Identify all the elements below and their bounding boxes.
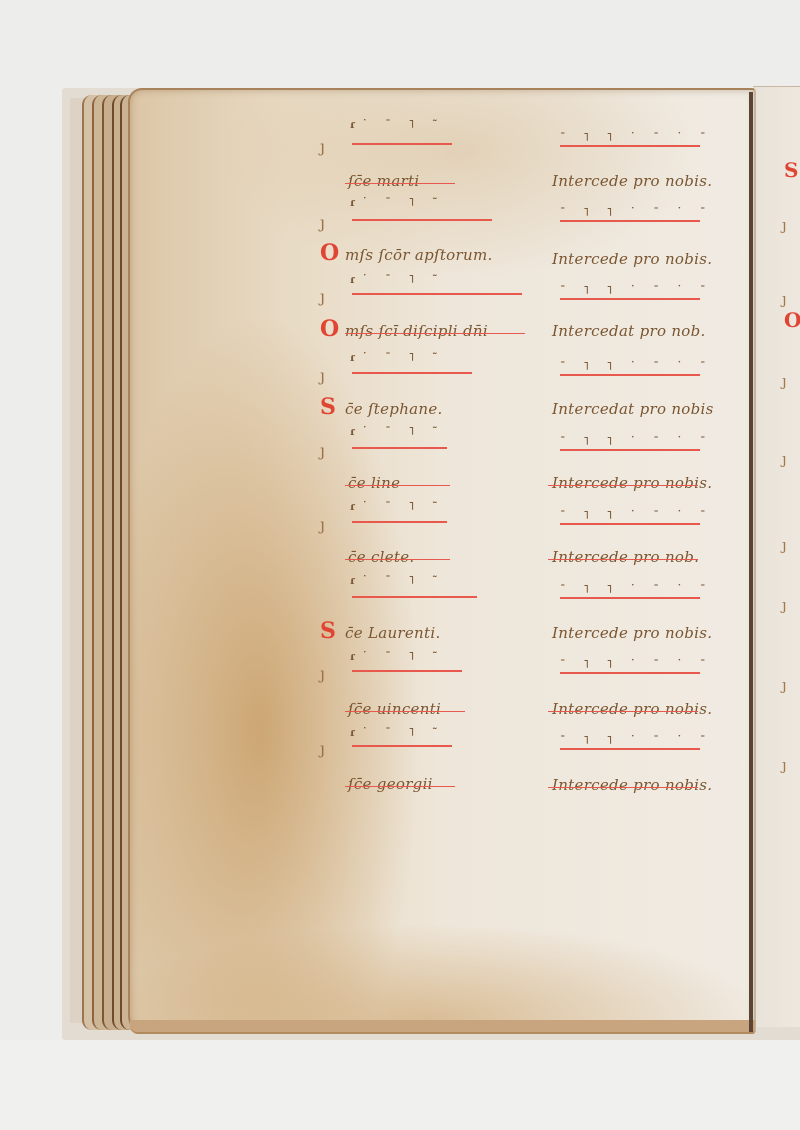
strike-line [345, 183, 455, 184]
response-text: Intercede pro nobis. [552, 776, 712, 794]
neume-notation: ɾ˙ ˉ ˥ ˜ [350, 196, 444, 209]
staff-line [352, 596, 477, 598]
response-text: Intercede pro nobis. [552, 624, 712, 642]
section-marker: ȷ [320, 137, 325, 156]
neume-notation: ˉ ˥ ˥ ˙ ˉ ˙ ˉ [560, 206, 712, 219]
section-marker: ȷ [320, 441, 325, 460]
saint-name: mſs ſcōr apſtorum. [345, 246, 493, 264]
staff-line [352, 447, 447, 449]
rubric-initial: S [320, 618, 336, 644]
saint-name: ſc̄e marti [348, 172, 419, 190]
staff-line [560, 298, 700, 300]
saint-name: mſs ſcī diſcipli dn̄i [345, 322, 488, 340]
staff-line [560, 748, 700, 750]
response-text: Intercede pro nobis. [552, 172, 712, 190]
staff-line [352, 745, 452, 747]
strike-line [548, 787, 698, 788]
strike-line [548, 559, 698, 560]
neume-notation: ˉ ˥ ˥ ˙ ˉ ˙ ˉ [560, 131, 712, 144]
right-page-marker: ȷ [782, 450, 787, 468]
neume-notation: ˉ ˥ ˥ ˙ ˉ ˙ ˉ [560, 658, 712, 671]
neume-notation: ˉ ˥ ˥ ˙ ˉ ˙ ˉ [560, 583, 712, 596]
staff-line [560, 523, 700, 525]
response-text: Intercede pro nobis. [552, 474, 712, 492]
staff-line [352, 143, 452, 145]
response-text: Intercedat pro nob. [552, 322, 706, 340]
section-marker: ȷ [320, 287, 325, 306]
staff-line [560, 597, 700, 599]
saint-name: c̄e line [348, 474, 400, 492]
staff-line [352, 219, 492, 221]
rubric-initial: O [320, 240, 339, 266]
strike-line [345, 333, 525, 334]
right-page-marker: ȷ [782, 216, 787, 234]
right-page [753, 86, 800, 1027]
saint-name: ſc̄e uincenti [348, 700, 441, 718]
staff-line [560, 672, 700, 674]
saint-name: c̄e clete. [348, 548, 415, 566]
right-page-marker: ȷ [782, 290, 787, 308]
staff-line [560, 220, 700, 222]
strike-line [345, 485, 450, 486]
right-page-initial: S [784, 158, 798, 182]
response-text: Intercedat pro nobis [552, 400, 714, 418]
neume-notation: ɾ˙ ˉ ˥ ˜ [350, 500, 444, 513]
right-page-marker: ȷ [782, 372, 787, 390]
staff-line [560, 374, 700, 376]
response-text: Intercede pro nobis. [552, 250, 712, 268]
neume-notation: ˉ ˥ ˥ ˙ ˉ ˙ ˉ [560, 360, 712, 373]
staff-line [560, 145, 700, 147]
right-page-marker: ȷ [782, 536, 787, 554]
neume-notation: ˉ ˥ ˥ ˙ ˉ ˙ ˉ [560, 284, 712, 297]
saint-name: c̄e Laurenti. [345, 624, 441, 642]
neume-notation: ˉ ˥ ˥ ˙ ˉ ˙ ˉ [560, 509, 712, 522]
book-gutter [749, 92, 753, 1032]
staff-line [352, 293, 522, 295]
response-text: Intercede pro nob. [552, 548, 699, 566]
section-marker: ȷ [320, 739, 325, 758]
strike-line [548, 711, 698, 712]
strike-line [345, 786, 455, 787]
neume-notation: ˉ ˥ ˥ ˙ ˉ ˙ ˉ [560, 734, 712, 747]
strike-line [548, 485, 698, 486]
section-marker: ȷ [320, 515, 325, 534]
response-text: Intercede pro nobis. [552, 700, 712, 718]
staff-line [352, 372, 472, 374]
right-page-marker: ȷ [782, 756, 787, 774]
staff-line [352, 521, 447, 523]
section-marker: ȷ [320, 664, 325, 683]
neume-notation: ɾ˙ ˉ ˥ ˜ [350, 574, 444, 587]
section-marker: ȷ [320, 366, 325, 385]
rubric-initial: S [320, 394, 336, 420]
neume-notation: ɾ˙ ˉ ˥ ˜ [350, 650, 444, 663]
saint-name: ſc̄e georgii [348, 775, 433, 793]
strike-line [345, 559, 450, 560]
neume-notation: ɾ˙ ˉ ˥ ˜ [350, 351, 444, 364]
right-page-initial: O [784, 308, 800, 332]
neume-notation: ɾ˙ ˉ ˥ ˜ [350, 726, 444, 739]
neume-notation: ɾ˙ ˉ ˥ ˜ [350, 118, 444, 131]
neume-notation: ɾ˙ ˉ ˥ ˜ [350, 273, 444, 286]
neume-notation: ɾ˙ ˉ ˥ ˜ [350, 425, 444, 438]
background-table [0, 1040, 800, 1130]
neume-notation: ˉ ˥ ˥ ˙ ˉ ˙ ˉ [560, 435, 712, 448]
staff-line [560, 449, 700, 451]
page-bottom-edge [130, 1020, 755, 1034]
saint-name: c̄e ſtephane. [345, 400, 443, 418]
right-page-marker: ȷ [782, 676, 787, 694]
right-page-marker: ȷ [782, 596, 787, 614]
strike-line [345, 711, 465, 712]
staff-line [352, 670, 462, 672]
rubric-initial: O [320, 316, 339, 342]
section-marker: ȷ [320, 213, 325, 232]
